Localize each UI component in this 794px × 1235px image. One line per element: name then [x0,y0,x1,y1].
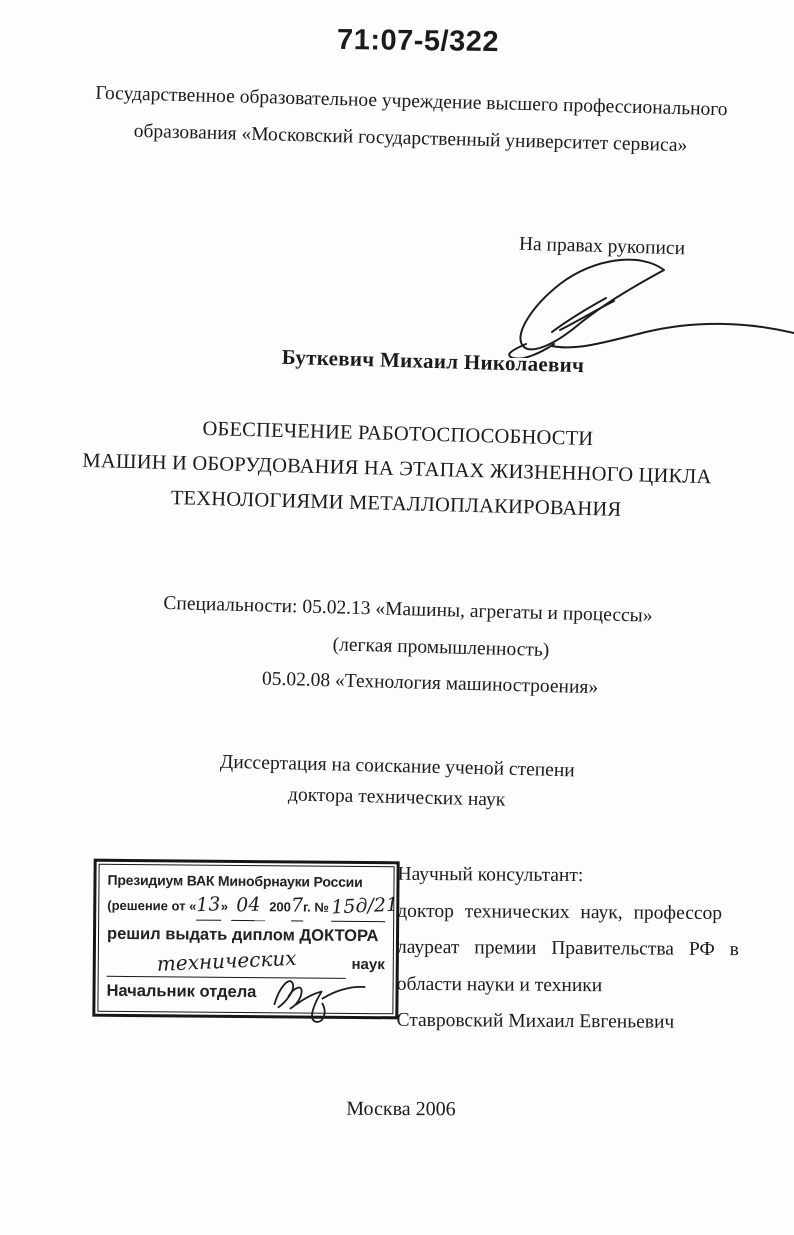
consultant-name: Ставровский Михаил Евгеньевич [396,1003,741,1042]
author-signature [456,256,794,358]
vak-approval-stamp: Президиум ВАК Минобрнауки России (решени… [92,859,399,1020]
institution-block: Государственное образовательное учрежден… [13,73,794,168]
stamp-decision-line: (решение от « 13 » 04 200 7 г. № 15д/21 [107,893,385,922]
dissertation-title: ОБЕСПЕЧЕНИЕ РАБОТОСПОСОБНОСТИ МАШИН И ОБ… [0,407,794,533]
stamp-year-digit-handwritten: 7 [291,896,304,916]
dissertation-title-page: 71:07-5/322 Государственное образователь… [0,0,794,1235]
consultant-line-2: лауреат премии Правительства РФ в [397,930,742,969]
stamp-number-handwritten: 15д/21 [330,896,398,918]
stamp-number-field: 15д/21 [331,895,386,922]
vak-stamp-inner: Президиум ВАК Минобрнауки России (решени… [97,864,394,1015]
stamp-year-field: 7 [291,894,303,921]
city-year: Москва 2006 [4,1096,794,1123]
stamp-month-field: 04 [231,894,265,921]
stamp-field-handwritten: технических [156,948,296,974]
stamp-year-suffix: г. № [303,894,329,920]
stamp-year-printed: 200 [269,894,291,920]
consultant-line-1: доктор технических наук, профессор [397,893,742,932]
official-signature-drawing [266,972,367,1031]
stamp-day-field: 13 [196,894,221,921]
stamp-header: Президиум ВАК Минобрнауки России [107,871,385,891]
stamp-month-handwritten: 04 [236,895,261,915]
consultant-heading: Научный консультант: [397,857,742,896]
author-signature-drawing [456,256,794,358]
specialties-block: Специальности: 05.02.13 «Машины, агрегат… [0,582,794,712]
catalog-number: 71:07-5/322 [21,19,794,63]
stamp-decision-prefix: (решение от « [107,893,196,920]
stamp-resolution-line: решил выдать диплом ДОКТОРА [107,923,385,947]
stamp-official-title: Начальник отдела [106,982,256,1001]
degree-statement: Диссертация на соискание ученой степени … [0,741,794,822]
official-signature [266,972,367,1031]
stamp-day-handwritten: 13 [196,895,221,915]
stamp-official-line: Начальник отдела [106,979,384,1005]
consultant-block: Научный консультант: доктор технических … [396,857,742,1042]
stamp-quote-close: » [221,894,228,920]
consultant-line-3: области науки и техники [397,966,742,1005]
